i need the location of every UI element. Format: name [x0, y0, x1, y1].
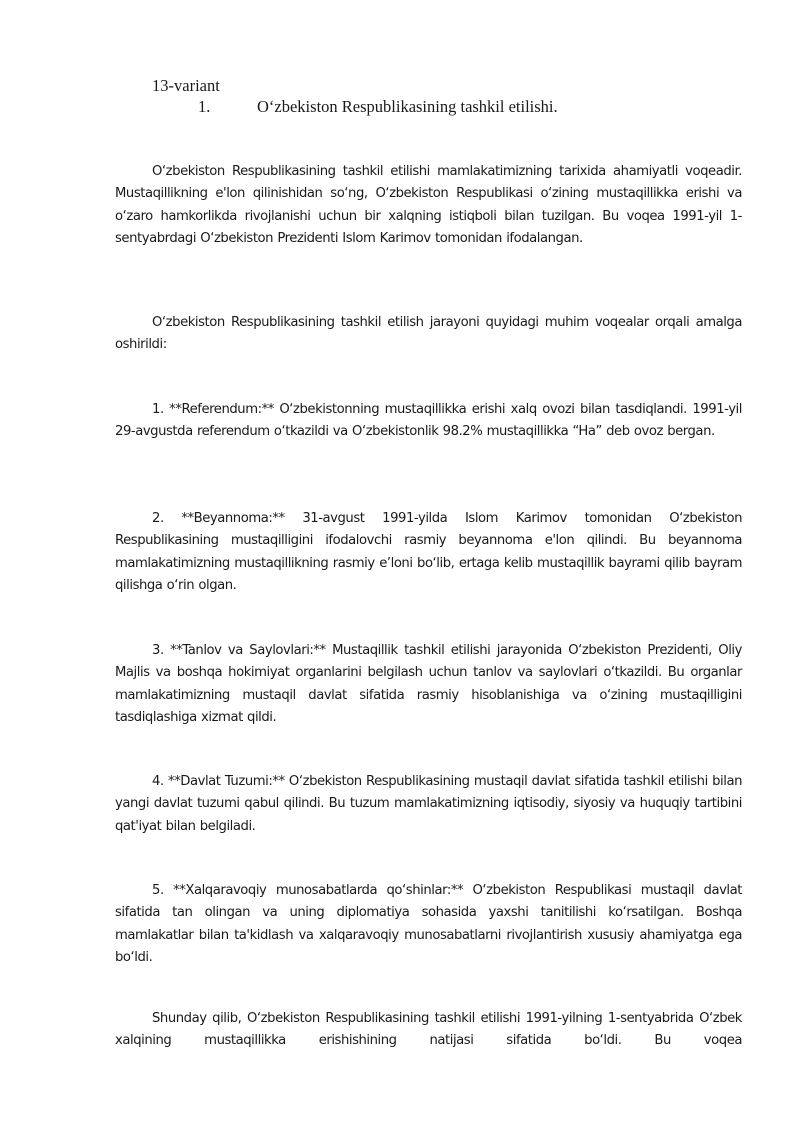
section-heading: 1.O‘zbekiston Respublikasining tashkil e… — [198, 96, 558, 118]
list-item-xalqaravoqiy: 5. **Xalqaravoqiy munosabatlarda qo‘shin… — [115, 880, 742, 969]
summary-paragraph: Shunday qilib, O‘zbekiston Respublikasin… — [115, 1008, 742, 1052]
document-page: 13-variant 1.O‘zbekiston Respublikasinin… — [0, 0, 800, 1131]
list-item-referendum: 1. **Referendum:** O‘zbekistonning musta… — [115, 399, 742, 443]
list-item-tanlov-saylovlari: 3. **Tanlov va Saylovlari:** Mustaqillik… — [115, 640, 742, 729]
intro-paragraph: O‘zbekiston Respublikasining tashkil eti… — [115, 161, 742, 250]
heading-number: 1. — [198, 96, 257, 118]
heading-title: O‘zbekiston Respublikasining tashkil eti… — [257, 97, 558, 116]
process-paragraph: O‘zbekiston Respublikasining tashkil eti… — [115, 312, 742, 356]
list-item-beyannoma: 2. **Beyannoma:** 31-avgust 1991-yilda I… — [115, 508, 742, 597]
list-item-davlat-tuzumi: 4. **Davlat Tuzumi:** O‘zbekiston Respub… — [115, 771, 742, 838]
variant-label: 13-variant — [152, 76, 220, 96]
